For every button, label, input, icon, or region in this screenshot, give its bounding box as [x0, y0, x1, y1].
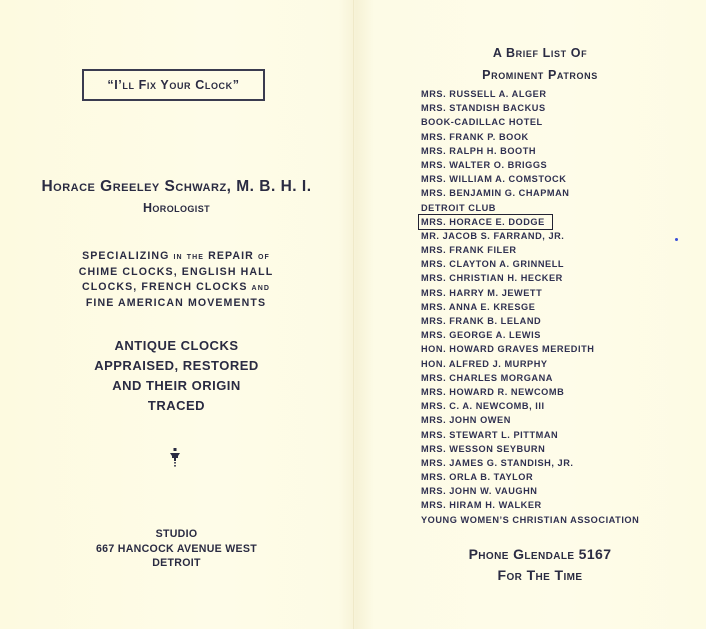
specialty-line: CHIME CLOCKS, ENGLISH HALL — [60, 265, 292, 281]
patron-item: MRS. CHRISTIAN H. HECKER — [421, 271, 639, 285]
patron-item: MRS. HIRAM H. WALKER — [421, 498, 639, 512]
patron-item: MR. JACOB S. FARRAND, JR. — [421, 229, 639, 243]
patron-list-heading: A Brief List Of Prominent Patrons — [414, 42, 666, 86]
ink-speck — [675, 238, 678, 241]
patron-item: MRS. JOHN W. VAUGHN — [421, 484, 639, 498]
right-panel: A Brief List Of Prominent Patrons MRS. R… — [354, 0, 706, 629]
patron-item: MRS. FRANK FILER — [421, 243, 639, 257]
proprietor-title: Horologist — [0, 201, 353, 215]
patron-item: YOUNG WOMEN’S CHRISTIAN ASSOCIATION — [421, 513, 639, 527]
patron-item: HON. ALFRED J. MURPHY — [421, 357, 639, 371]
patron-item: MRS. STEWART L. PITTMAN — [421, 428, 639, 442]
patron-item: MRS. RUSSELL A. ALGER — [421, 87, 639, 101]
address-line: 667 HANCOCK AVENUE WEST — [0, 542, 353, 557]
patron-item: MRS. RALPH H. BOOTH — [421, 144, 639, 158]
patron-item: MRS. CLAYTON A. GRINNELL — [421, 257, 639, 271]
patron-item: MRS. JOHN OWEN — [421, 413, 639, 427]
motto-box: “I’ll Fix Your Clock” — [82, 69, 265, 101]
antique-line: AND THEIR ORIGIN — [0, 376, 353, 396]
address-line: DETROIT — [0, 556, 353, 571]
clock-key-ornament-icon — [168, 447, 182, 469]
antique-line: TRACED — [0, 396, 353, 416]
heading-line: A Brief List Of — [414, 42, 666, 64]
patron-item: BOOK-CADILLAC HOTEL — [421, 115, 639, 129]
patron-item: HON. HOWARD GRAVES MEREDITH — [421, 342, 639, 356]
patron-item-highlighted: MRS. HORACE E. DODGE — [419, 215, 552, 229]
antique-services-block: ANTIQUE CLOCKS APPRAISED, RESTORED AND T… — [0, 336, 353, 416]
patron-item: MRS. C. A. NEWCOMB, III — [421, 399, 639, 413]
address-line: STUDIO — [0, 527, 353, 542]
antique-line: APPRAISED, RESTORED — [0, 356, 353, 376]
brochure-spread: “I’ll Fix Your Clock” Horace Greeley Sch… — [0, 0, 706, 629]
patron-item: MRS. GEORGE A. LEWIS — [421, 328, 639, 342]
patron-item: MRS. HOWARD R. NEWCOMB — [421, 385, 639, 399]
patron-list: MRS. RUSSELL A. ALGERMRS. STANDISH BACKU… — [421, 87, 639, 527]
phone-block: Phone Glendale 5167 For The Time — [414, 544, 666, 586]
patron-item: DETROIT CLUB — [421, 201, 639, 215]
patron-item: MRS. ANNA E. KRESGE — [421, 300, 639, 314]
heading-line: Prominent Patrons — [414, 64, 666, 86]
patron-item: MRS. WALTER O. BRIGGS — [421, 158, 639, 172]
patron-item: MRS. BENJAMIN G. CHAPMAN — [421, 186, 639, 200]
specialty-line: SPECIALIZING in the REPAIR of — [60, 249, 292, 265]
proprietor-name: Horace Greeley Schwarz, M. B. H. I. — [0, 178, 353, 196]
phone-line: For The Time — [414, 565, 666, 586]
patron-item: MRS. WILLIAM A. COMSTOCK — [421, 172, 639, 186]
patron-item: MRS. FRANK P. BOOK — [421, 130, 639, 144]
specialty-line: CLOCKS, FRENCH CLOCKS and — [60, 280, 292, 296]
antique-line: ANTIQUE CLOCKS — [0, 336, 353, 356]
patron-item: MRS. HARRY M. JEWETT — [421, 286, 639, 300]
patron-item: MRS. FRANK B. LELAND — [421, 314, 639, 328]
studio-address: STUDIO 667 HANCOCK AVENUE WEST DETROIT — [0, 527, 353, 571]
patron-item: MRS. CHARLES MORGANA — [421, 371, 639, 385]
patron-item: MRS. WESSON SEYBURN — [421, 442, 639, 456]
phone-line: Phone Glendale 5167 — [414, 544, 666, 565]
patron-item: MRS. STANDISH BACKUS — [421, 101, 639, 115]
left-panel: “I’ll Fix Your Clock” Horace Greeley Sch… — [0, 0, 353, 629]
motto-text: “I’ll Fix Your Clock” — [107, 78, 239, 92]
patron-item: MRS. JAMES G. STANDISH, JR. — [421, 456, 639, 470]
specialty-line: FINE AMERICAN MOVEMENTS — [60, 296, 292, 312]
patron-item: MRS. ORLA B. TAYLOR — [421, 470, 639, 484]
specialty-block: SPECIALIZING in the REPAIR of CHIME CLOC… — [60, 249, 292, 311]
